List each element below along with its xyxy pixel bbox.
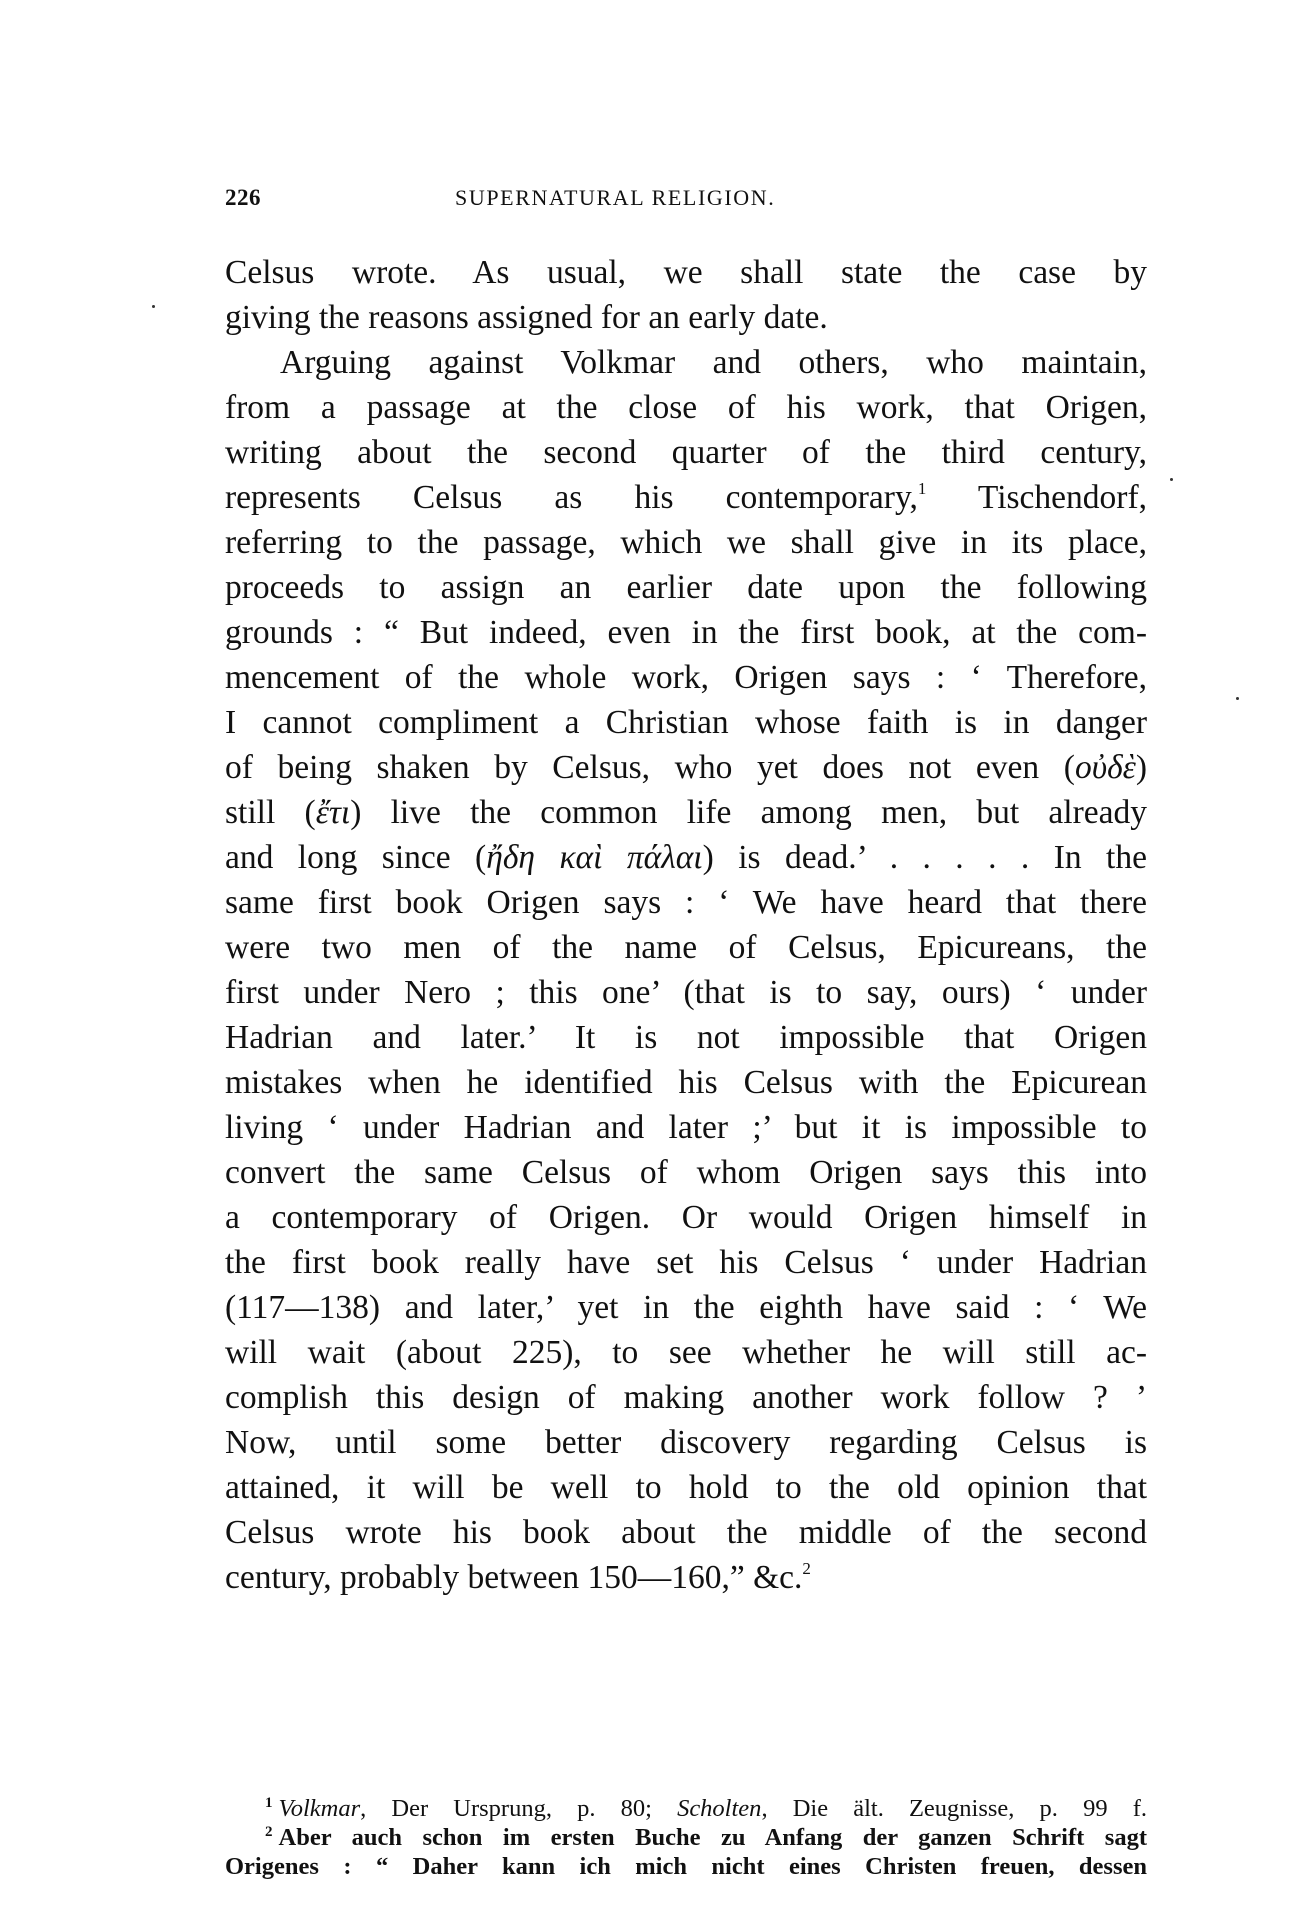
text-line: Now, until some better discovery regardi… [225,1420,1147,1465]
text-line: proceeds to assign an earlier date upon … [225,565,1147,610]
footnote-number: 1 [265,1795,273,1811]
text-line: and long since (ἤδη καὶ πάλαι) is dead.’… [225,835,1147,880]
text-line: first under Nero ; this one’ (that is to… [225,970,1147,1015]
greek-text: oὐδὲ [1075,749,1136,786]
text-line: (117—138) and later,’ yet in the eighth … [225,1285,1147,1330]
text-line: referring to the passage, which we shall… [225,520,1147,565]
running-title: SUPERNATURAL RELIGION. [455,183,887,213]
text-line: living ‘ under Hadrian and later ;’ but … [225,1105,1147,1150]
greek-text: ἤδη καὶ πάλαι [486,839,702,876]
text-line: attained, it will be well to hold to the… [225,1465,1147,1510]
text-line: the first book really have set his Celsu… [225,1240,1147,1285]
text-line: from a passage at the close of his work,… [225,385,1147,430]
scan-speck [1170,478,1173,481]
greek-text: ἔτι [316,794,351,831]
text-line: I cannot compliment a Christian whose fa… [225,700,1147,745]
text-line: convert the same Celsus of whom Origen s… [225,1150,1147,1195]
text-line: a contemporary of Origen. Or would Orige… [225,1195,1147,1240]
footnote-2-continued: Origenes : “ Daher kann ich mich nicht e… [225,1852,1147,1881]
footnote-ref-2[interactable]: 2 [802,1559,811,1578]
text-line: Celsus wrote. As usual, we shall state t… [225,250,1147,295]
footnote-number: 2 [265,1824,273,1840]
book-page: 226 SUPERNATURAL RELIGION. Celsus wrote.… [0,0,1292,1925]
text-line: represents Celsus as his contemporary,1 … [225,475,1147,520]
text-line: complish this design of making another w… [225,1375,1147,1420]
paragraph-start-line: Arguing against Volkmar and others, who … [280,340,1147,385]
text-line: Celsus wrote his book about the middle o… [225,1510,1147,1555]
page-header: 226 SUPERNATURAL RELIGION. [225,183,1147,213]
text-line: mencement of the whole work, Origen says… [225,655,1147,700]
text-line: grounds : “ But indeed, even in the firs… [225,610,1147,655]
text-line: mistakes when he identified his Celsus w… [225,1060,1147,1105]
text-line: of being shaken by Celsus, who yet does … [225,745,1147,790]
scan-speck [152,305,155,308]
scan-speck [1236,697,1239,700]
text-line: century, probably between 150—160,” &c.2 [225,1555,1147,1600]
text-line: Hadrian and later.’ It is not impossible… [225,1015,1147,1060]
text-line: were two men of the name of Celsus, Epic… [225,925,1147,970]
text-line: will wait (about 225), to see whether he… [225,1330,1147,1375]
text-line: same first book Origen says : ‘ We have … [225,880,1147,925]
page-number: 226 [225,183,261,213]
footnote-1: 1Volkmar, Der Ursprung, p. 80; Scholten,… [265,1794,1147,1823]
text-line: writing about the second quarter of the … [225,430,1147,475]
text-line: still (ἔτι) live the common life among m… [225,790,1147,835]
footnote-2: 2Aber auch schon im ersten Buche zu Anfa… [265,1823,1147,1852]
text-line: giving the reasons assigned for an early… [225,295,1147,340]
